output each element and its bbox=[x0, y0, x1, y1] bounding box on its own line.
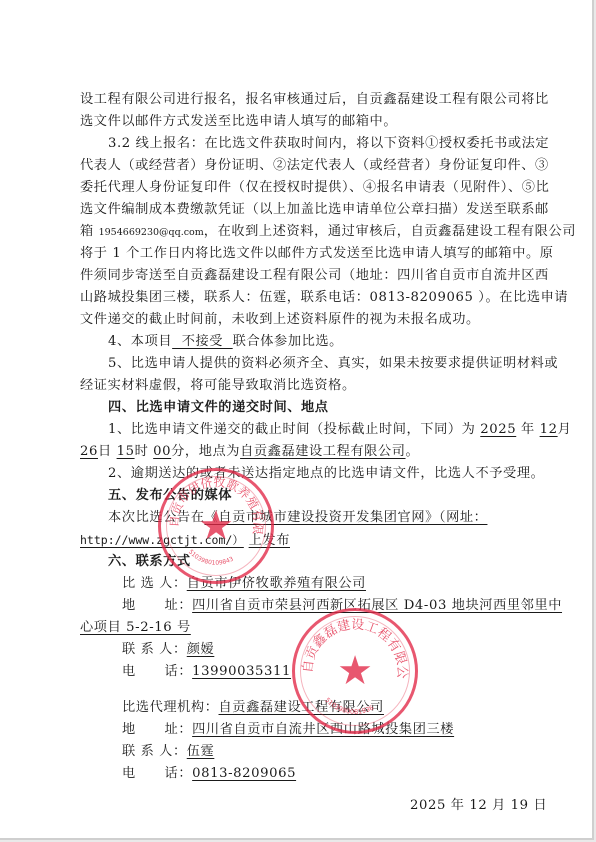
agency-company-seal: ★ 自贡鑫磊建设工程有限公司 5103980081936 bbox=[292, 608, 418, 734]
deadline-line: 1、比选申请文件递交的截止时间（投标截止时间，下同）为 2025 年 12月 bbox=[108, 419, 571, 441]
text-line: 山路城投集团三楼，联系人：伍霆，联系电话：0813-8209065 ）。在比选申… bbox=[80, 287, 568, 309]
document-page: 设工程有限公司进行报名，报名审核通过后，自贡鑫磊建设工程有限公司将比 选文件以邮… bbox=[0, 0, 594, 840]
svg-text:自贡鑫磊建设工程有限公司: 自贡鑫磊建设工程有限公司 bbox=[288, 600, 409, 679]
seal-text-ring: 自贡市伊侪牧歌养殖有限公司 5103980109843 bbox=[161, 471, 271, 581]
seal-text-ring: 自贡鑫磊建设工程有限公司 5103980081936 bbox=[295, 611, 415, 731]
text-line: 5、比选申请人提供的资料必须齐全、真实，如果未按要求提供证明材料或 bbox=[108, 353, 558, 375]
text-line: 选文件编制成本费缴款凭证（以上加盖比选申请单位公章扫描）发送至联系邮 bbox=[80, 199, 549, 221]
deadline-month: 12 bbox=[540, 422, 558, 437]
agency-contact: 伍霆 bbox=[187, 744, 215, 759]
section-heading-4: 四、比选申请文件的递交时间、地点 bbox=[108, 397, 329, 419]
selector-company-seal: ★ 自贡市伊侪牧歌养殖有限公司 5103980109843 bbox=[158, 468, 274, 584]
deadline-minute: 00 bbox=[153, 444, 171, 459]
text-line: 将于 1 个工作日内将比选文件以邮件方式发送至比选申请人填写的邮箱中。原 bbox=[80, 243, 554, 265]
text-line: 设工程有限公司进行报名，报名审核通过后，自贡鑫磊建设工程有限公司将比 bbox=[80, 89, 549, 111]
text-line: 3.2 线上报名：在比选文件获取时间内，将以下资料①授权委托书或法定 bbox=[108, 133, 549, 155]
selector-contact: 颜嫒 bbox=[187, 642, 215, 657]
deadline-day: 26 bbox=[80, 444, 98, 459]
text-line: 件须同步寄送至自贡鑫磊建设工程有限公司（地址：四川省自贡市自流井区西 bbox=[80, 265, 549, 287]
selector-contact-row: 联 系 人：颜嫒 bbox=[122, 639, 214, 661]
text-line: 箱 1954669230@qq.com，在收到上述资料，通过审核后，自贡鑫磊建设… bbox=[80, 221, 576, 244]
deadline-year: 2025 bbox=[480, 422, 516, 437]
submission-place: 自贡鑫磊建设工程有限公司 bbox=[240, 444, 405, 459]
svg-text:5103980109843: 5103980109843 bbox=[187, 548, 235, 566]
agency-phone-row: 电 话：0813-8209065 bbox=[122, 763, 296, 785]
consortium-value: 不接受 bbox=[172, 334, 233, 349]
text-line: 选文件以邮件方式发送至比选申请人填写的邮箱中。 bbox=[80, 111, 397, 133]
text-line: 文件递交的截止时间前，未收到上述资料原件的视为未报名成功。 bbox=[80, 309, 480, 331]
email-address: 1954669230@qq.com bbox=[99, 227, 204, 238]
text-line: 委托代理人身份证复印件（仅在授权时提供）、④报名申请表（见附件）、⑤比 bbox=[80, 177, 549, 199]
document-date: 2025 年 12 月 19 日 bbox=[410, 795, 547, 817]
deadline-hour: 15 bbox=[117, 444, 135, 459]
selector-address-row-2: 心项目 5-2-16 号 bbox=[80, 617, 191, 639]
agency-contact-row: 联 系 人：伍霆 bbox=[122, 741, 214, 763]
svg-text:5103980081936: 5103980081936 bbox=[323, 696, 375, 716]
svg-text:自贡市伊侪牧歌养殖有限公司: 自贡市伊侪牧歌养殖有限公司 bbox=[155, 460, 265, 535]
deadline-line-2: 26日 15时 00分，地点为自贡鑫磊建设工程有限公司。 bbox=[80, 441, 419, 463]
text-line: 经证实材料虚假，将可能导致取消比选资格。 bbox=[80, 375, 356, 397]
text-line: 代表人（或经营者）身份证明、②法定代表人（或经营者）身份证复印件、③ bbox=[80, 155, 549, 177]
agency-phone: 0813-8209065 bbox=[192, 766, 296, 781]
text-line: 4、本项目 不接受 联合体参加比选。 bbox=[108, 331, 343, 353]
selector-phone-row: 电 话：13990035311 bbox=[122, 661, 291, 683]
selector-phone: 13990035311 bbox=[192, 664, 291, 679]
